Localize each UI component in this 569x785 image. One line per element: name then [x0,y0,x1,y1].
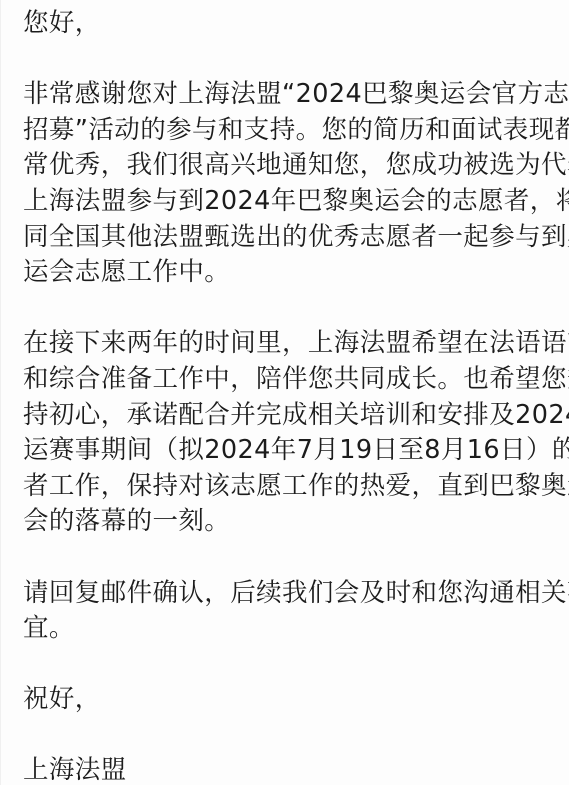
paragraph-line: 非常感谢您对上海法盟“2024巴黎奥运会官方志愿者 [23,77,553,113]
paragraph-line: 在接下来两年的时间里，上海法盟希望在法语语言 [23,326,553,362]
closing: 祝好， [23,682,553,718]
spacer [23,42,553,78]
paragraph-line: 同全国其他法盟甄选出的优秀志愿者一起参与到奥 [23,220,553,256]
greeting: 您好， [23,6,553,42]
paragraph-line: 运赛事期间（拟2024年7月19日至8月16日）的志愿 [23,433,553,469]
paragraph-reply-request: 请回复邮件确认，后续我们会及时和您沟通相关事 宜。 [23,576,553,647]
spacer [23,291,553,327]
spacer [23,647,553,683]
paragraph-line: 上海法盟参与到2024年巴黎奥运会的志愿者，将连 [23,184,553,220]
signature: 上海法盟 [23,753,553,785]
spacer [23,718,553,754]
paragraph-line: 持初心，承诺配合并完成相关培训和安排及2024奥 [23,398,553,434]
paragraph-acceptance: 非常感谢您对上海法盟“2024巴黎奥运会官方志愿者 招募”活动的参与和支持。您的… [23,77,553,291]
letter-body: 您好， 非常感谢您对上海法盟“2024巴黎奥运会官方志愿者 招募”活动的参与和支… [23,6,553,785]
letter-page: 您好， 非常感谢您对上海法盟“2024巴黎奥运会官方志愿者 招募”活动的参与和支… [0,0,569,785]
paragraph-line: 请回复邮件确认，后续我们会及时和您沟通相关事 [23,576,553,612]
paragraph-line: 招募”活动的参与和支持。您的简历和面试表现都非 [23,113,553,149]
paragraph-line: 者工作，保持对该志愿工作的热爱，直到巴黎奥运 [23,469,553,505]
spacer [23,540,553,576]
paragraph-line: 会的落幕的一刻。 [23,504,553,540]
paragraph-line: 运会志愿工作中。 [23,255,553,291]
paragraph-line: 宜。 [23,611,553,647]
paragraph-commitment: 在接下来两年的时间里，上海法盟希望在法语语言 和综合准备工作中，陪伴您共同成长。… [23,326,553,540]
paragraph-line: 常优秀，我们很高兴地通知您，您成功被选为代表 [23,148,553,184]
paragraph-line: 和综合准备工作中，陪伴您共同成长。也希望您秉 [23,362,553,398]
